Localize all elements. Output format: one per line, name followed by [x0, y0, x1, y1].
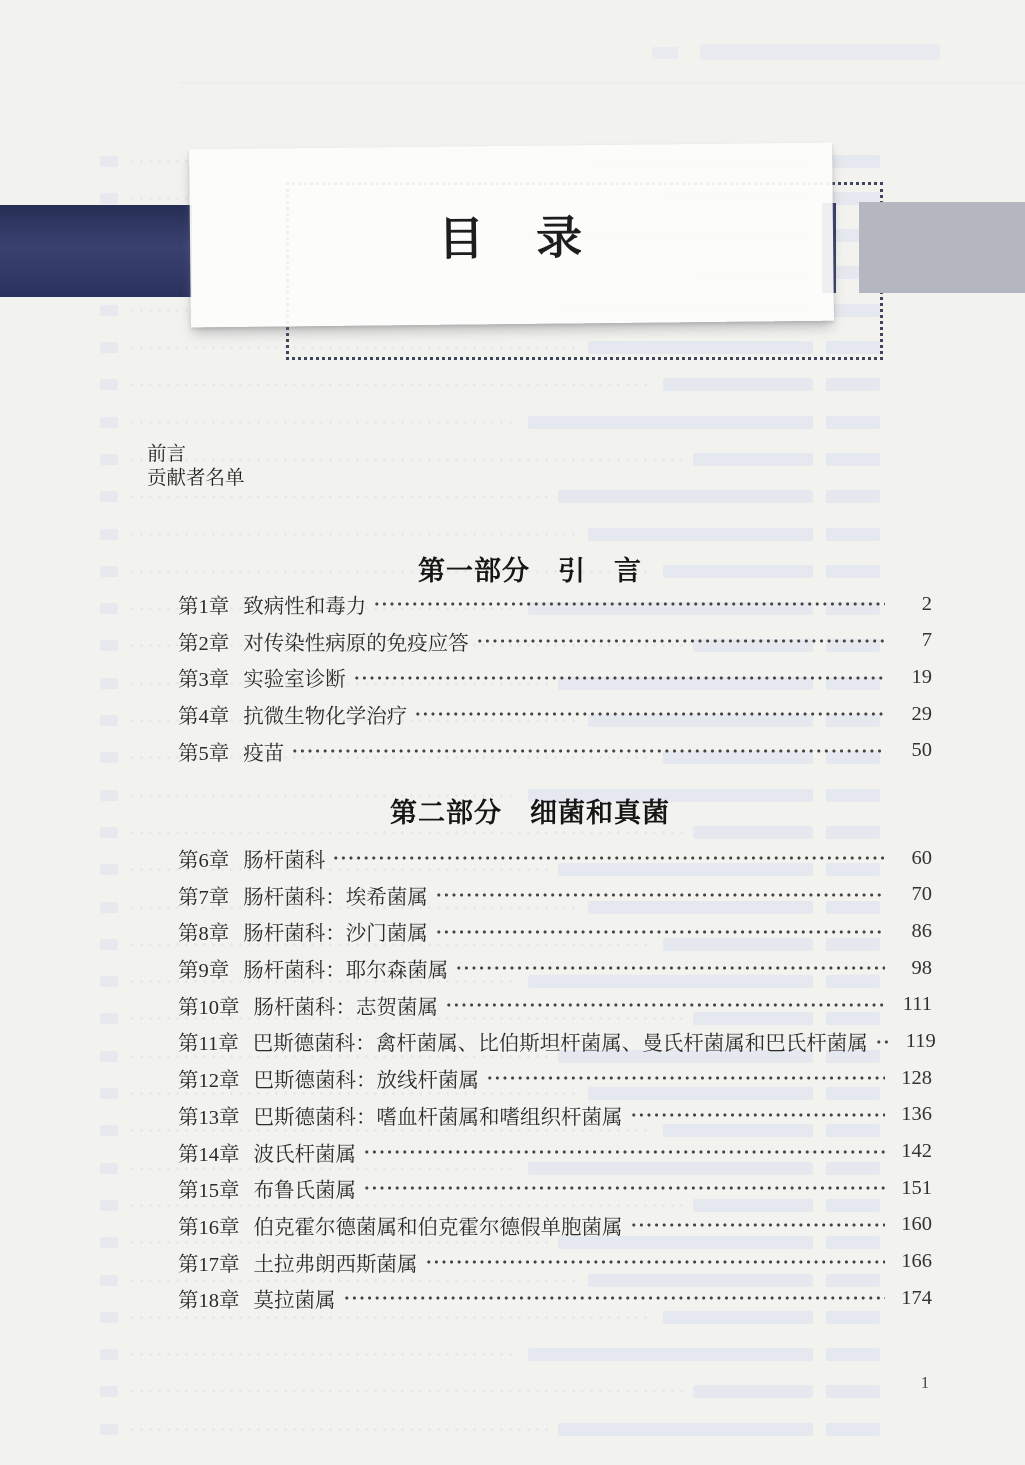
dot-leader: [630, 1213, 886, 1237]
toc-entry: 第18章莫拉菌属174: [178, 1286, 932, 1310]
part1-chapter-list: 第1章致病性和毒力2第2章对传染性病原的免疫应答7第3章实验室诊断19第4章抗微…: [178, 592, 932, 775]
toc-entry: 第11章巴斯德菌科：禽杆菌属、比伯斯坦杆菌属、曼氏杆菌属和巴氏杆菌属119: [178, 1029, 932, 1053]
chapter-title: 疫苗: [243, 736, 284, 766]
ghost-num-bar: [100, 902, 118, 913]
dot-leader: [353, 665, 885, 689]
ghost-num-bar: [100, 603, 118, 614]
chapter-label: 第11章: [178, 1026, 239, 1056]
chapter-title: 莫拉菌属: [254, 1283, 336, 1313]
bleedthrough-header-bar: [700, 44, 940, 60]
ghost-label-bar: [826, 378, 880, 391]
chapter-title: 波氏杆菌属: [254, 1137, 357, 1167]
ghost-row: [100, 374, 880, 396]
ghost-num-bar: [100, 1163, 118, 1174]
ghost-leader-bar: [128, 1418, 548, 1440]
toc-entry: 第16章伯克霍尔德菌属和伯克霍尔德假单胞菌属160: [178, 1213, 932, 1237]
ghost-num-bar: [100, 1312, 118, 1323]
toc-entry: 第5章疫苗50: [178, 739, 932, 763]
page-title: 目 录: [438, 201, 586, 269]
chapter-label: 第7章: [178, 880, 229, 910]
toc-title-card: 目 录: [189, 143, 834, 328]
front-matter-preface: 前言: [147, 443, 245, 467]
ghost-label-bar: [826, 1348, 880, 1361]
dot-leader: [476, 629, 885, 653]
dot-leader: [414, 702, 885, 726]
chapter-label: 第2章: [178, 626, 229, 656]
chapter-label: 第18章: [178, 1283, 240, 1313]
ghost-leader-bar: [128, 1344, 518, 1366]
ghost-title-bar: [693, 453, 813, 466]
toc-entry: 第14章波氏杆菌属142: [178, 1140, 932, 1164]
front-matter: 前言 贡献者名单: [147, 443, 245, 490]
chapter-page-number: 136: [896, 1103, 932, 1126]
dot-leader: [291, 739, 885, 763]
ghost-row: [100, 1381, 880, 1403]
chapter-label: 第3章: [178, 662, 229, 692]
ghost-num-bar: [100, 1125, 118, 1136]
chapter-page-number: 128: [896, 1067, 932, 1090]
chapter-page-number: 98: [896, 957, 932, 980]
part1-heading: 第一部分 引 言: [110, 549, 950, 588]
chapter-title: 肠杆菌科：埃希菌属: [243, 880, 428, 910]
ghost-label-bar: [826, 453, 880, 466]
ghost-num-bar: [100, 305, 118, 316]
dot-leader: [455, 956, 885, 980]
chapter-title: 布鲁氏菌属: [254, 1173, 357, 1203]
chapter-title: 致病性和毒力: [243, 589, 366, 619]
ghost-label-bar: [826, 416, 880, 429]
chapter-label: 第17章: [178, 1247, 240, 1277]
part2-heading: 第二部分 细菌和真菌: [110, 791, 950, 830]
chapter-label: 第5章: [178, 736, 229, 766]
toc-entry: 第17章土拉弗朗西斯菌属166: [178, 1250, 932, 1274]
chapter-label: 第16章: [178, 1210, 240, 1240]
chapter-title: 肠杆菌科: [243, 843, 325, 873]
part2-chapter-list: 第6章肠杆菌科60第7章肠杆菌科：埃希菌属70第8章肠杆菌科：沙门菌属86第9章…: [178, 846, 932, 1323]
ghost-row: [100, 1344, 880, 1366]
ghost-title-bar: [588, 528, 813, 541]
toc-entry: 第4章抗微生物化学治疗29: [178, 702, 932, 726]
ghost-title-bar: [558, 1423, 813, 1436]
toc-entry: 第13章巴斯德菌科：嗜血杆菌属和嗜组织杆菌属136: [178, 1103, 932, 1127]
toc-entry: 第7章肠杆菌科：埃希菌属70: [178, 883, 932, 907]
ghost-num-bar: [100, 715, 118, 726]
ghost-num-bar: [100, 1013, 118, 1024]
navy-band-left: [0, 205, 192, 297]
chapter-page-number: 19: [896, 666, 932, 689]
ghost-num-bar: [100, 640, 118, 651]
toc-entry: 第3章实验室诊断19: [178, 665, 932, 689]
dot-leader: [435, 919, 885, 943]
ghost-num-bar: [100, 156, 118, 167]
ghost-num-bar: [100, 976, 118, 987]
chapter-title: 伯克霍尔德菌属和伯克霍尔德假单胞菌属: [254, 1210, 623, 1240]
chapter-page-number: 111: [896, 993, 932, 1016]
chapter-title: 巴斯德菌科：嗜血杆菌属和嗜组织杆菌属: [254, 1100, 623, 1130]
chapter-label: 第15章: [178, 1173, 240, 1203]
dot-leader: [425, 1250, 886, 1274]
ghost-title-bar: [693, 1385, 813, 1398]
ghost-num-bar: [100, 491, 118, 502]
ghost-num-bar: [100, 417, 118, 428]
dot-leader: [373, 592, 885, 616]
chapter-title: 肠杆菌科：耶尔森菌属: [243, 953, 448, 983]
ghost-num-bar: [100, 939, 118, 950]
ghost-leader-bar: [128, 523, 578, 545]
toc-entry: 第12章巴斯德菌科：放线杆菌属128: [178, 1066, 932, 1090]
chapter-title: 肠杆菌科：沙门菌属: [243, 916, 428, 946]
toc-entry: 第6章肠杆菌科60: [178, 846, 932, 870]
ghost-num-bar: [100, 454, 118, 465]
chapter-page-number: 119: [900, 1030, 936, 1053]
ghost-label-bar: [826, 1385, 880, 1398]
chapter-page-number: 151: [896, 1177, 932, 1200]
ghost-num-bar: [100, 1349, 118, 1360]
toc-entry: 第9章肠杆菌科：耶尔森菌属98: [178, 956, 932, 980]
ghost-leader-bar: [128, 1381, 683, 1403]
ghost-num-bar: [100, 1424, 118, 1435]
toc-entry: 第8章肠杆菌科：沙门菌属86: [178, 919, 932, 943]
chapter-title: 肠杆菌科：志贺菌属: [254, 990, 439, 1020]
ghost-title-bar: [663, 378, 813, 391]
chapter-page-number: 2: [896, 593, 932, 616]
dot-leader: [332, 846, 885, 870]
ghost-title-bar: [528, 416, 813, 429]
dot-leader: [875, 1029, 889, 1053]
ghost-num-bar: [100, 1051, 118, 1062]
ghost-title-bar: [558, 490, 813, 503]
dot-leader: [435, 883, 885, 907]
ghost-num-bar: [100, 1237, 118, 1248]
ghost-num-bar: [100, 678, 118, 689]
chapter-label: 第1章: [178, 589, 229, 619]
ghost-leader-bar: [128, 411, 518, 433]
ghost-num-bar: [100, 379, 118, 390]
ghost-label-bar: [826, 155, 880, 168]
chapter-page-number: 174: [896, 1287, 932, 1310]
chapter-label: 第10章: [178, 990, 240, 1020]
ghost-title-bar: [528, 1348, 813, 1361]
toc-entry: 第1章致病性和毒力2: [178, 592, 932, 616]
chapter-label: 第8章: [178, 916, 229, 946]
ghost-num-bar: [100, 1275, 118, 1286]
front-matter-contributors: 贡献者名单: [147, 467, 245, 491]
chapter-title: 巴斯德菌科：放线杆菌属: [254, 1063, 480, 1093]
chapter-page-number: 86: [896, 920, 932, 943]
page-number: 1: [905, 1373, 945, 1393]
dot-leader: [486, 1066, 885, 1090]
chapter-page-number: 29: [896, 703, 932, 726]
ghost-label-bar: [826, 528, 880, 541]
ghost-num-bar: [100, 1088, 118, 1099]
chapter-label: 第9章: [178, 953, 229, 983]
ghost-label-bar: [826, 1423, 880, 1436]
ghost-num-bar: [100, 529, 118, 540]
chapter-page-number: 160: [896, 1213, 932, 1236]
chapter-label: 第4章: [178, 699, 229, 729]
bleedthrough-header-mark: [652, 47, 678, 59]
toc-entry: 第10章肠杆菌科：志贺菌属111: [178, 993, 932, 1017]
chapter-label: 第13章: [178, 1100, 240, 1130]
ghost-num-bar: [100, 752, 118, 763]
dot-leader: [445, 993, 885, 1017]
dot-leader: [343, 1286, 886, 1310]
chapter-page-number: 70: [896, 883, 932, 906]
chapter-label: 第12章: [178, 1063, 240, 1093]
ghost-num-bar: [100, 864, 118, 875]
chapter-page-number: 50: [896, 739, 932, 762]
chapter-title: 土拉弗朗西斯菌属: [254, 1247, 418, 1277]
chapter-label: 第6章: [178, 843, 229, 873]
dot-leader: [363, 1176, 885, 1200]
ghost-row: [100, 1418, 880, 1440]
dot-leader: [363, 1140, 885, 1164]
chapter-page-number: 166: [896, 1250, 932, 1273]
gray-band-right: [859, 202, 1025, 293]
chapter-title: 实验室诊断: [243, 662, 346, 692]
ghost-row: [100, 411, 880, 433]
chapter-title: 抗微生物化学治疗: [243, 699, 407, 729]
toc-entry: 第2章对传染性病原的免疫应答7: [178, 629, 932, 653]
chapter-page-number: 60: [896, 847, 932, 870]
chapter-title: 对传染性病原的免疫应答: [243, 626, 469, 656]
ghost-num-bar: [100, 342, 118, 353]
ghost-num-bar: [100, 1386, 118, 1397]
ghost-label-bar: [826, 490, 880, 503]
chapter-title: 巴斯德菌科：禽杆菌属、比伯斯坦杆菌属、曼氏杆菌属和巴氏杆菌属: [253, 1026, 868, 1056]
chapter-page-number: 142: [896, 1140, 932, 1163]
chapter-label: 第14章: [178, 1137, 240, 1167]
chapter-page-number: 7: [896, 629, 932, 652]
ghost-row: [100, 523, 880, 545]
dot-leader: [630, 1103, 886, 1127]
ghost-num-bar: [100, 193, 118, 204]
ghost-leader-bar: [128, 374, 653, 396]
ghost-num-bar: [100, 1200, 118, 1211]
toc-entry: 第15章布鲁氏菌属151: [178, 1176, 932, 1200]
bleedthrough-header-rule: [180, 82, 1025, 84]
